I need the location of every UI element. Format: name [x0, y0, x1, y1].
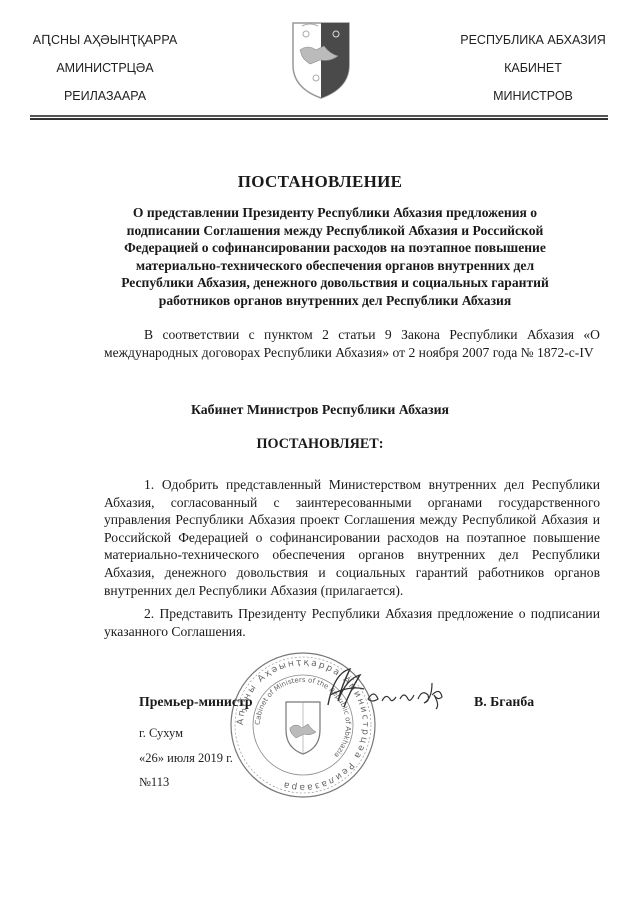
header-right-line-2: КАБИНЕТ — [448, 54, 618, 82]
handwritten-signature — [320, 665, 460, 720]
preamble-paragraph: В соответствии с пунктом 2 статьи 9 Зако… — [104, 326, 600, 361]
header-divider — [30, 115, 608, 120]
signatory-name: В. Бганба — [474, 694, 534, 710]
decree-item-1: 1. Одобрить представленный Министерством… — [104, 476, 600, 599]
header-right-block: РЕСПУБЛИКА АБХАЗИЯ КАБИНЕТ МИНИСТРОВ — [448, 26, 618, 110]
header-left-line-3: РЕИЛАЗААРА — [30, 82, 180, 110]
decree-item-1-text: 1. Одобрить представленный Министерством… — [104, 477, 600, 598]
document-number: №113 — [139, 775, 169, 790]
header-left-block: АԤСНЫ АҲӘЫНҬҚАРРА АМИНИСТРЦӘА РЕИЛАЗААРА — [30, 26, 180, 110]
issuer-heading: Кабинет Министров Республики Абхазия — [0, 402, 640, 418]
decree-heading: ПОСТАНОВЛЯЕТ: — [0, 436, 640, 453]
decree-item-2-text: 2. Представить Президенту Республики Абх… — [104, 606, 600, 639]
issue-date: «26» июля 2019 г. — [139, 751, 233, 766]
coat-of-arms-icon — [290, 20, 352, 100]
issue-city: г. Сухум — [139, 726, 183, 741]
header-right-line-1: РЕСПУБЛИКА АБХАЗИЯ — [448, 26, 618, 54]
header-left-line-1: АԤСНЫ АҲӘЫНҬҚАРРА — [30, 26, 180, 54]
header-left-line-2: АМИНИСТРЦӘА — [30, 54, 180, 82]
decree-item-2: 2. Представить Президенту Республики Абх… — [104, 605, 600, 640]
document-page: АԤСНЫ АҲӘЫНҬҚАРРА АМИНИСТРЦӘА РЕИЛАЗААРА… — [0, 0, 640, 905]
header-right-line-3: МИНИСТРОВ — [448, 82, 618, 110]
document-title: ПОСТАНОВЛЕНИЕ — [0, 172, 640, 192]
preamble-text: В соответствии с пунктом 2 статьи 9 Зако… — [104, 327, 600, 360]
document-subject: О представлении Президенту Республики Аб… — [100, 204, 570, 309]
signatory-position: Премьер-министр — [139, 694, 253, 710]
